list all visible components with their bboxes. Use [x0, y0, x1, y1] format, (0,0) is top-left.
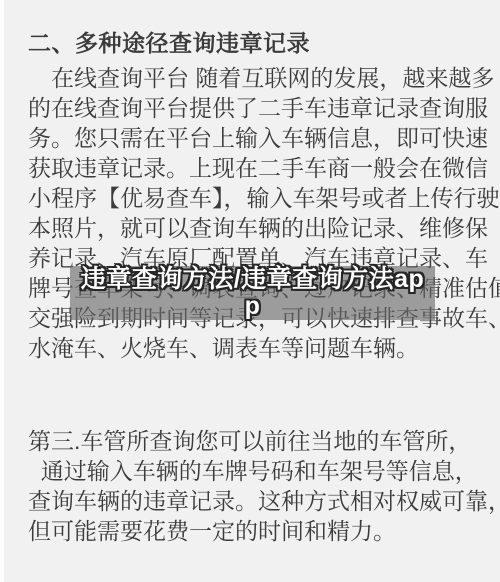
text-line: 在线查询平台 随着互联网的发展，越来越多 — [28, 63, 494, 93]
text-line: 水淹车、火烧车、调表车等问题车辆。 — [28, 333, 494, 363]
article-heading: 二、多种途径查询违章记录 — [28, 28, 494, 58]
text-line: 的在线查询平台提供了二手车违章记录查询服 — [28, 93, 494, 123]
text-line: 通过输入车辆的车牌号码和车架号等信息， — [28, 456, 494, 486]
watermark-text-line1: 违章查询方法/违章查询方法ap — [70, 266, 435, 293]
text-line: 务。您只需在平台上输入车辆信息，即可快速 — [28, 123, 494, 153]
left-edge-strip — [0, 0, 4, 582]
page-container: 二、多种途径查询违章记录 在线查询平台 随着互联网的发展，越来越多的在线查询平台… — [0, 0, 500, 582]
text-line: 查询车辆的违章记录。这种方式相对权威可靠， — [28, 486, 494, 516]
text-line: 但可能需要花费一定的时间和精力。 — [28, 516, 494, 546]
watermark-text-line2: p — [70, 293, 435, 320]
text-line: 本照片，就可以查询车辆的出险记录、维修保 — [28, 213, 494, 243]
text-line: 小程序【优易查车】，输入车架号或者上传行驶 — [28, 183, 494, 213]
text-line: 获取违章记录。上现在二手车商一般会在微信 — [28, 153, 494, 183]
watermark-overlay: 违章查询方法/违章查询方法ap p — [70, 266, 435, 320]
paragraph-vehicle-admin-office: 第三.车管所查询您可以前往当地的车管所， 通过输入车辆的车牌号码和车架号等信息，… — [28, 426, 494, 546]
text-line: 第三.车管所查询您可以前往当地的车管所， — [28, 426, 494, 456]
